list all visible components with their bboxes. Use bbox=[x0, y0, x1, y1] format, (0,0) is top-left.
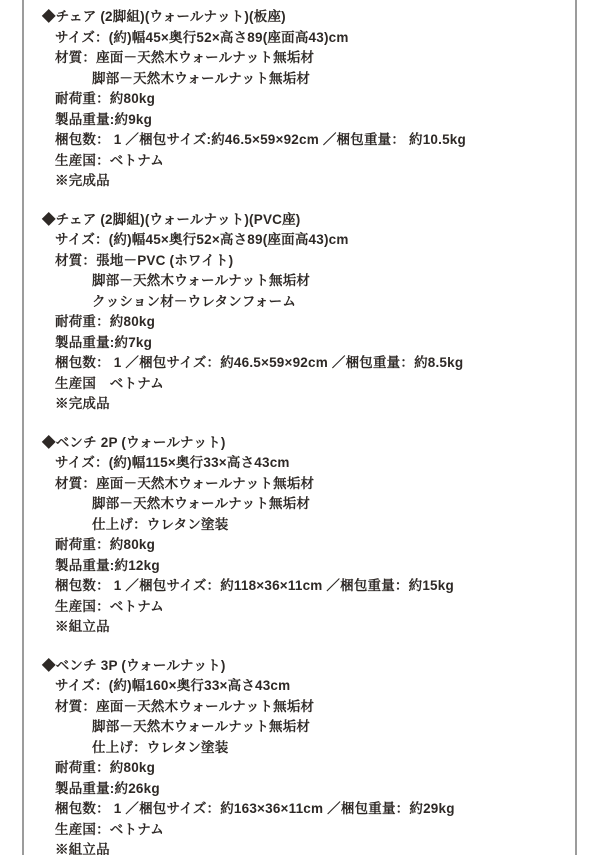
spec-section: ◆ベンチ 2P (ウォールナット)サイズ：(約)幅115×奥行33×高さ43cm… bbox=[42, 433, 575, 638]
spec-section: ◆チェア (2脚組)(ウォールナット)(板座)サイズ：(約)幅45×奥行52×高… bbox=[42, 7, 575, 192]
spec-line: 生産国 ベトナム bbox=[42, 374, 575, 395]
spec-line: 脚部－天然木ウォールナット無垢材 bbox=[42, 717, 575, 738]
spec-line: 生産国：ベトナム bbox=[42, 820, 575, 841]
spec-line: ※完成品 bbox=[42, 171, 575, 192]
spec-line: 製品重量:約9kg bbox=[42, 110, 575, 131]
spec-line: 耐荷重：約80kg bbox=[42, 312, 575, 333]
spec-line: サイズ：(約)幅160×奥行33×高さ43cm bbox=[42, 676, 575, 697]
spec-line: 梱包数： 1 ／梱包サイズ:約46.5×59×92cm ／梱包重量： 約10.5… bbox=[42, 130, 575, 151]
spec-line: 材質：張地－PVC (ホワイト) bbox=[42, 251, 575, 272]
spec-line: 耐荷重：約80kg bbox=[42, 535, 575, 556]
section-heading: ◆ベンチ 2P (ウォールナット) bbox=[42, 433, 575, 454]
section-heading: ◆ベンチ 3P (ウォールナット) bbox=[42, 656, 575, 677]
spec-line: サイズ：(約)幅45×奥行52×高さ89(座面高43)cm bbox=[42, 28, 575, 49]
spec-line: 脚部－天然木ウォールナット無垢材 bbox=[42, 494, 575, 515]
spec-line: 脚部－天然木ウォールナット無垢材 bbox=[42, 271, 575, 292]
spec-line: 仕上げ：ウレタン塗装 bbox=[42, 515, 575, 536]
spec-line: 仕上げ：ウレタン塗装 bbox=[42, 738, 575, 759]
spec-line: 製品重量:約7kg bbox=[42, 333, 575, 354]
spec-line: 製品重量:約26kg bbox=[42, 779, 575, 800]
spec-panel: ◆チェア (2脚組)(ウォールナット)(板座)サイズ：(約)幅45×奥行52×高… bbox=[22, 0, 577, 855]
spec-line: 梱包数： 1 ／梱包サイズ：約118×36×11cm ／梱包重量：約15kg bbox=[42, 576, 575, 597]
spec-section: ◆チェア (2脚組)(ウォールナット)(PVC座)サイズ：(約)幅45×奥行52… bbox=[42, 210, 575, 415]
spec-sections: ◆チェア (2脚組)(ウォールナット)(板座)サイズ：(約)幅45×奥行52×高… bbox=[24, 0, 575, 855]
spec-section: ◆ベンチ 3P (ウォールナット)サイズ：(約)幅160×奥行33×高さ43cm… bbox=[42, 656, 575, 855]
spec-line: 脚部－天然木ウォールナット無垢材 bbox=[42, 69, 575, 90]
spec-line: 生産国：ベトナム bbox=[42, 597, 575, 618]
spec-line: 梱包数： 1 ／梱包サイズ：約46.5×59×92cm ／梱包重量：約8.5kg bbox=[42, 353, 575, 374]
spec-line: 生産国：ベトナム bbox=[42, 151, 575, 172]
section-heading: ◆チェア (2脚組)(ウォールナット)(板座) bbox=[42, 7, 575, 28]
spec-line: 耐荷重：約80kg bbox=[42, 758, 575, 779]
spec-line: ※組立品 bbox=[42, 840, 575, 855]
spec-line: 製品重量:約12kg bbox=[42, 556, 575, 577]
spec-line: ※組立品 bbox=[42, 617, 575, 638]
spec-line: クッション材－ウレタンフォーム bbox=[42, 292, 575, 313]
spec-line: 材質：座面－天然木ウォールナット無垢材 bbox=[42, 474, 575, 495]
spec-line: サイズ：(約)幅115×奥行33×高さ43cm bbox=[42, 453, 575, 474]
spec-line: 材質：座面－天然木ウォールナット無垢材 bbox=[42, 697, 575, 718]
spec-line: ※完成品 bbox=[42, 394, 575, 415]
section-heading: ◆チェア (2脚組)(ウォールナット)(PVC座) bbox=[42, 210, 575, 231]
spec-line: 材質：座面－天然木ウォールナット無垢材 bbox=[42, 48, 575, 69]
spec-line: 梱包数： 1 ／梱包サイズ：約163×36×11cm ／梱包重量：約29kg bbox=[42, 799, 575, 820]
spec-line: サイズ：(約)幅45×奥行52×高さ89(座面高43)cm bbox=[42, 230, 575, 251]
spec-line: 耐荷重：約80kg bbox=[42, 89, 575, 110]
